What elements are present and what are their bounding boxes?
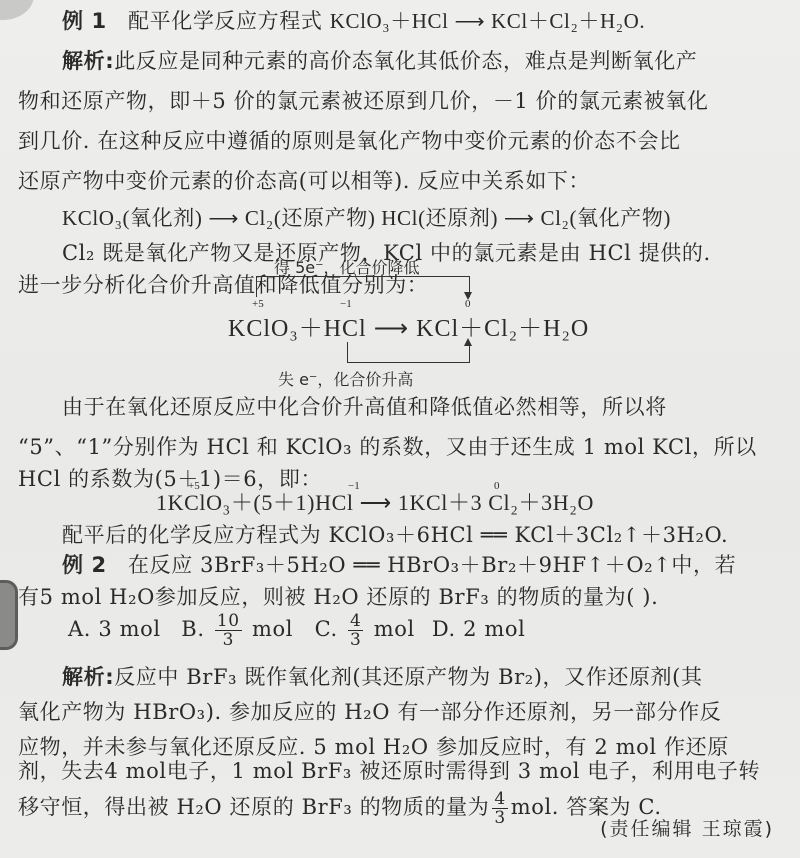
gain-electrons-label: 得 5e⁻，化合价降低	[274, 255, 420, 278]
example1-header: 例 1 配平化学反应方程式 KClO₃＋HCl ⟶ KCl＋Cl₂＋H₂O.	[0, 6, 645, 36]
diagram-equation: KClO₃＋HCl ⟶ KCl＋Cl₂＋H₂O	[228, 308, 589, 343]
example2-analysis-line-1: 解析:反应中 BrF₃ 既作氧化剂(其还原产物为 Br₂)，又作还原剂(其	[0, 662, 703, 692]
analysis-label: 解析	[62, 49, 105, 73]
example1-analysis-line-3: 到几价. 在这种反应中遵循的原则是氧化产物中变价元素的价态不会比	[0, 126, 681, 156]
option-b: B. 103 mol	[181, 612, 307, 649]
coefficient-equation: 1KClO₃＋(5＋1)HCl ⟶ 1KCl＋3 Cl₂＋3H₂O	[156, 488, 594, 518]
example2-question-line-1: 在反应 3BrF₃＋5H₂O ══ HBrO₃＋Br₂＋9HF↑＋O₂↑中，若	[128, 553, 736, 577]
reduction-bracket	[256, 276, 470, 297]
lose-electrons-label: 失 e⁻，化合价升高	[278, 367, 413, 390]
final-equation-line: 配平后的化学反应方程式为 KClO₃＋6HCl ══ KCl＋3Cl₂↑＋3H₂…	[0, 520, 728, 550]
option-d: D. 2 mol	[432, 614, 526, 644]
option-a: A. 3 mol	[68, 614, 174, 644]
electron-transfer-diagram: 得 5e⁻，化合价降低 +5 −1 0 KClO₃＋HCl ⟶ KCl＋Cl₂＋…	[200, 256, 600, 366]
oxidation-bracket	[347, 342, 470, 363]
example1-analysis-line-1: 解析:此反应是同种元素的高价态氧化其低价态，难点是判断氧化产	[0, 46, 697, 76]
editor-signature: (责任编辑 王琼霞)	[600, 814, 774, 841]
example2-analysis-line-4: 剂，失去4 mol电子，1 mol BrF₃ 被还原时需得到 3 mol 电子，…	[0, 756, 760, 786]
example1-equation: KClO₃＋HCl ⟶ KCl＋Cl₂＋H₂O.	[330, 9, 646, 33]
example2-question-line-2: 有5 mol H₂O参加反应，则被 H₂O 还原的 BrF₃ 的物质的量为( )…	[0, 582, 658, 612]
reason-line-2: “5”、“1”分别作为 HCl 和 KClO₃ 的系数，又由于还生成 1 mol…	[0, 432, 757, 462]
example1-analysis-line-4: 还原产物中变价元素的价态高(可以相等). 反应中关系如下：	[0, 166, 590, 196]
analysis-label: 解析	[62, 665, 105, 689]
example1-prompt: 配平化学反应方程式	[128, 9, 322, 33]
relation-line: KClO₃(氧化剂) ⟶ Cl₂(还原产物) HCl(还原剂) ⟶ Cl₂(氧化…	[0, 203, 671, 233]
textbook-page: 例 1 配平化学反应方程式 KClO₃＋HCl ⟶ KCl＋Cl₂＋H₂O. 解…	[0, 0, 800, 858]
example2-header: 例 2 在反应 3BrF₃＋5H₂O ══ HBrO₃＋Br₂＋9HF↑＋O₂↑…	[0, 550, 736, 580]
example2-analysis-line-2: 氧化产物为 HBrO₃). 参加反应的 H₂O 有一部分作还原剂，另一部分作反	[0, 697, 721, 727]
example2-label: 例 2	[62, 553, 107, 577]
reason-line-1: 由于在氧化还原反应中化合价升高值和降低值必然相等，所以将	[0, 392, 667, 422]
answer-options: A. 3 mol B. 103 mol C. 43 mol D. 2 mol	[68, 612, 525, 649]
example1-label: 例 1	[62, 9, 107, 33]
example2-conclusion: 移守恒，得出被 H₂O 还原的 BrF₃ 的物质的量为43mol. 答案为 C.	[0, 790, 662, 827]
example1-analysis-line-2: 物和还原产物，即＋5 价的氯元素被还原到几价，－1 价的氯元素被氧化	[0, 86, 708, 116]
option-c: C. 43 mol	[315, 612, 425, 649]
